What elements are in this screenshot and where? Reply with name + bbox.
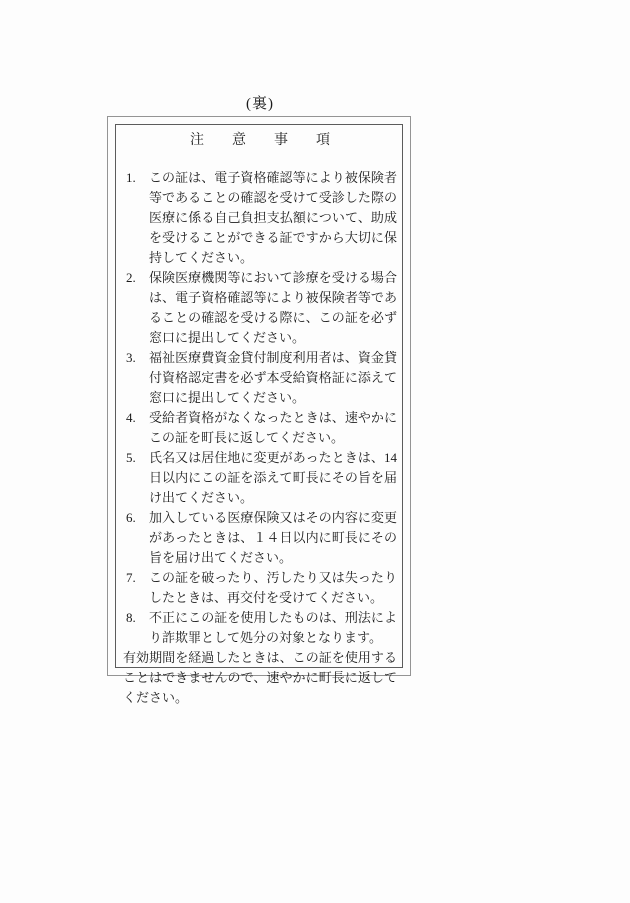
item-number: 8.: [123, 608, 149, 628]
item-number: 6.: [123, 508, 149, 528]
notice-box: 注 意 事 項 1. この証は、電子資格確認等により被保険者等であることの確認を…: [107, 116, 411, 676]
item-text: 不正にこの証を使用したものは、刑法により詐欺罪として処分の対象となります。: [149, 608, 397, 648]
closing-paragraph: 有効期間を経過したときは、この証を使用することはできませんので、速やかに町長に返…: [123, 648, 397, 708]
item-number: 2.: [123, 268, 149, 288]
item-text: 保険医療機関等において診療を受ける場合は、電子資格確認等により被保険者等であるこ…: [149, 268, 397, 348]
item-text: この証は、電子資格確認等により被保険者等であることの確認を受けて受診した際の医療…: [149, 168, 397, 268]
item-number: 1.: [123, 168, 149, 188]
notice-item-3: 3. 福祉医療費資金貸付制度利用者は、資金貸付資格認定書を必ず本受給資格証に添え…: [123, 348, 397, 408]
back-side-label: (裏): [107, 92, 413, 113]
item-text: この証を破ったり、汚したり又は失ったりしたときは、再交付を受けてください。: [149, 568, 397, 608]
item-number: 3.: [123, 348, 149, 368]
notice-item-4: 4. 受給者資格がなくなったときは、速やかにこの証を町長に返してください。: [123, 408, 397, 448]
notice-item-8: 8. 不正にこの証を使用したものは、刑法により詐欺罪として処分の対象となります。: [123, 608, 397, 648]
item-number: 7.: [123, 568, 149, 588]
item-text: 加入している医療保険又はその内容に変更があったときは、１４日以内に町長にその旨を…: [149, 508, 397, 568]
notice-inner-border: 注 意 事 項 1. この証は、電子資格確認等により被保険者等であることの確認を…: [115, 124, 403, 668]
item-text: 氏名又は居住地に変更があったときは、14 日以内にこの証を添えて町長にその旨を届…: [149, 448, 397, 508]
notice-item-5: 5. 氏名又は居住地に変更があったときは、14 日以内にこの証を添えて町長にその…: [123, 448, 397, 508]
notice-item-7: 7. この証を破ったり、汚したり又は失ったりしたときは、再交付を受けてください。: [123, 568, 397, 608]
notice-title: 注 意 事 項: [123, 131, 397, 151]
item-text: 福祉医療費資金貸付制度利用者は、資金貸付資格認定書を必ず本受給資格証に添えて窓口…: [149, 348, 397, 408]
notice-item-1: 1. この証は、電子資格確認等により被保険者等であることの確認を受けて受診した際…: [123, 168, 397, 268]
notice-item-6: 6. 加入している医療保険又はその内容に変更があったときは、１４日以内に町長にそ…: [123, 508, 397, 568]
item-number: 5.: [123, 448, 149, 468]
item-number: 4.: [123, 408, 149, 428]
notice-item-2: 2. 保険医療機関等において診療を受ける場合は、電子資格確認等により被保険者等で…: [123, 268, 397, 348]
item-text: 受給者資格がなくなったときは、速やかにこの証を町長に返してください。: [149, 408, 397, 448]
